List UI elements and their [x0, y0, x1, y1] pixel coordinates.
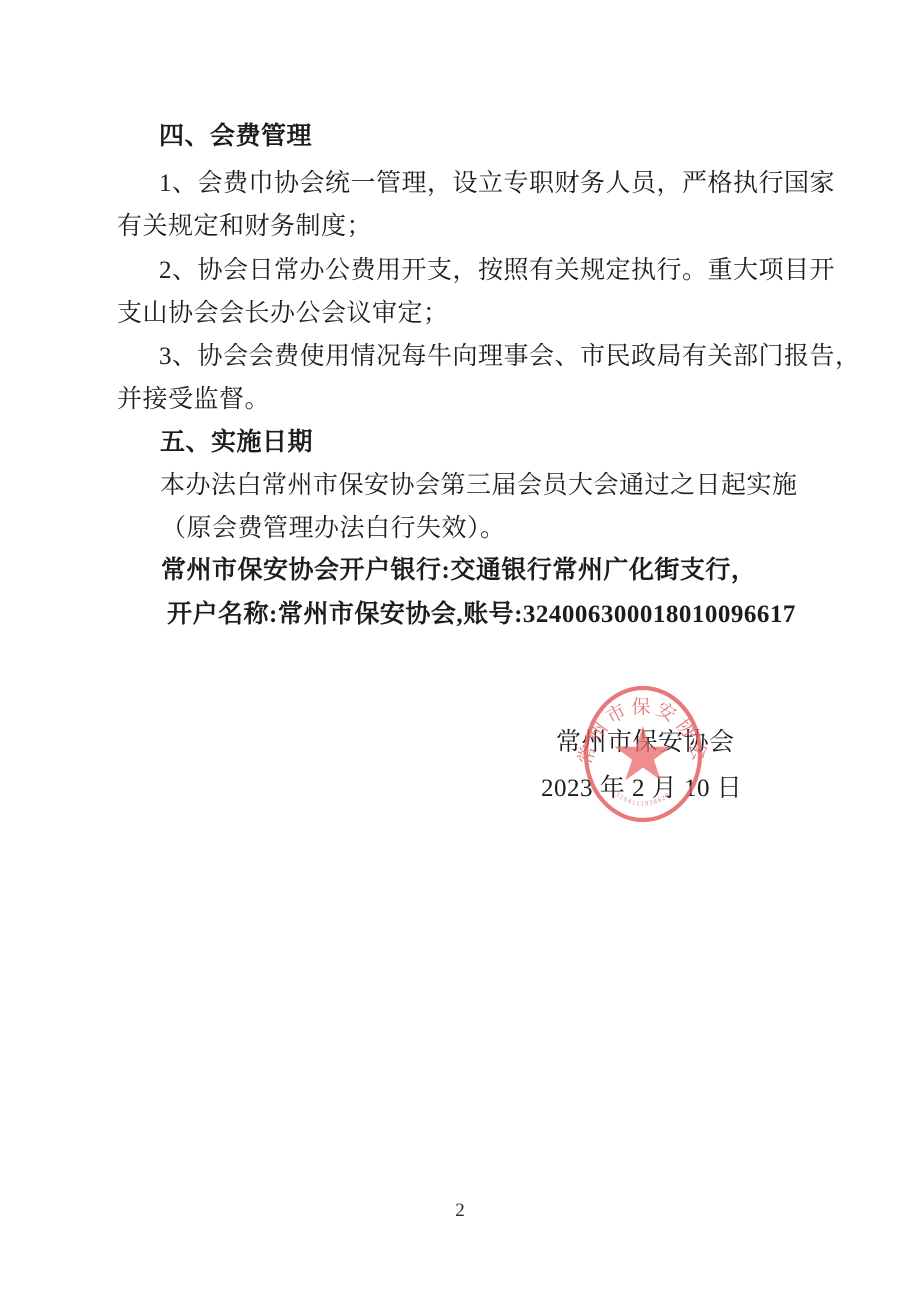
- page-number: 2: [0, 1200, 920, 1222]
- document-page: 四、会费管理 1、会费巾协会统一管理，设立专职财务人员，严格执行国家 有关规定和…: [0, 0, 920, 1302]
- text-line: 1、会费巾协会统一管理，设立专职财务人员，严格执行国家: [159, 170, 835, 199]
- text-line: （原会费管理办法白行失效）。: [161, 515, 506, 544]
- text-line: 本办法白常州市保安协会第三届会员大会通过之日起实施: [160, 472, 798, 501]
- text-line: 支山协会会长办公会议审定；: [117, 300, 449, 329]
- bank-account-number-line: 开户名称:常州市保安协会,账号:324006300018010096617: [167, 601, 796, 630]
- text-line: 3、协会会费使用情况每牛向理事会、市民政局有关部门报告，: [159, 343, 861, 372]
- bank-account-line: 常州市保安协会开户银行:交通银行常州广化街支行，: [161, 557, 756, 586]
- text-line: 并接受监督。: [117, 386, 270, 415]
- text-line: 2、协会日常办公费用开支，按照有关规定执行。重大项目开: [159, 257, 835, 286]
- signature-organization: 常州市保安协会: [556, 729, 735, 758]
- section-heading-implementation: 五、实施日期: [160, 429, 313, 458]
- text-line: 有关规定和财务制度；: [117, 213, 372, 242]
- section-heading-fees: 四、会费管理: [159, 123, 312, 152]
- signature-date: 2023 年 2 月 10 日: [541, 775, 742, 804]
